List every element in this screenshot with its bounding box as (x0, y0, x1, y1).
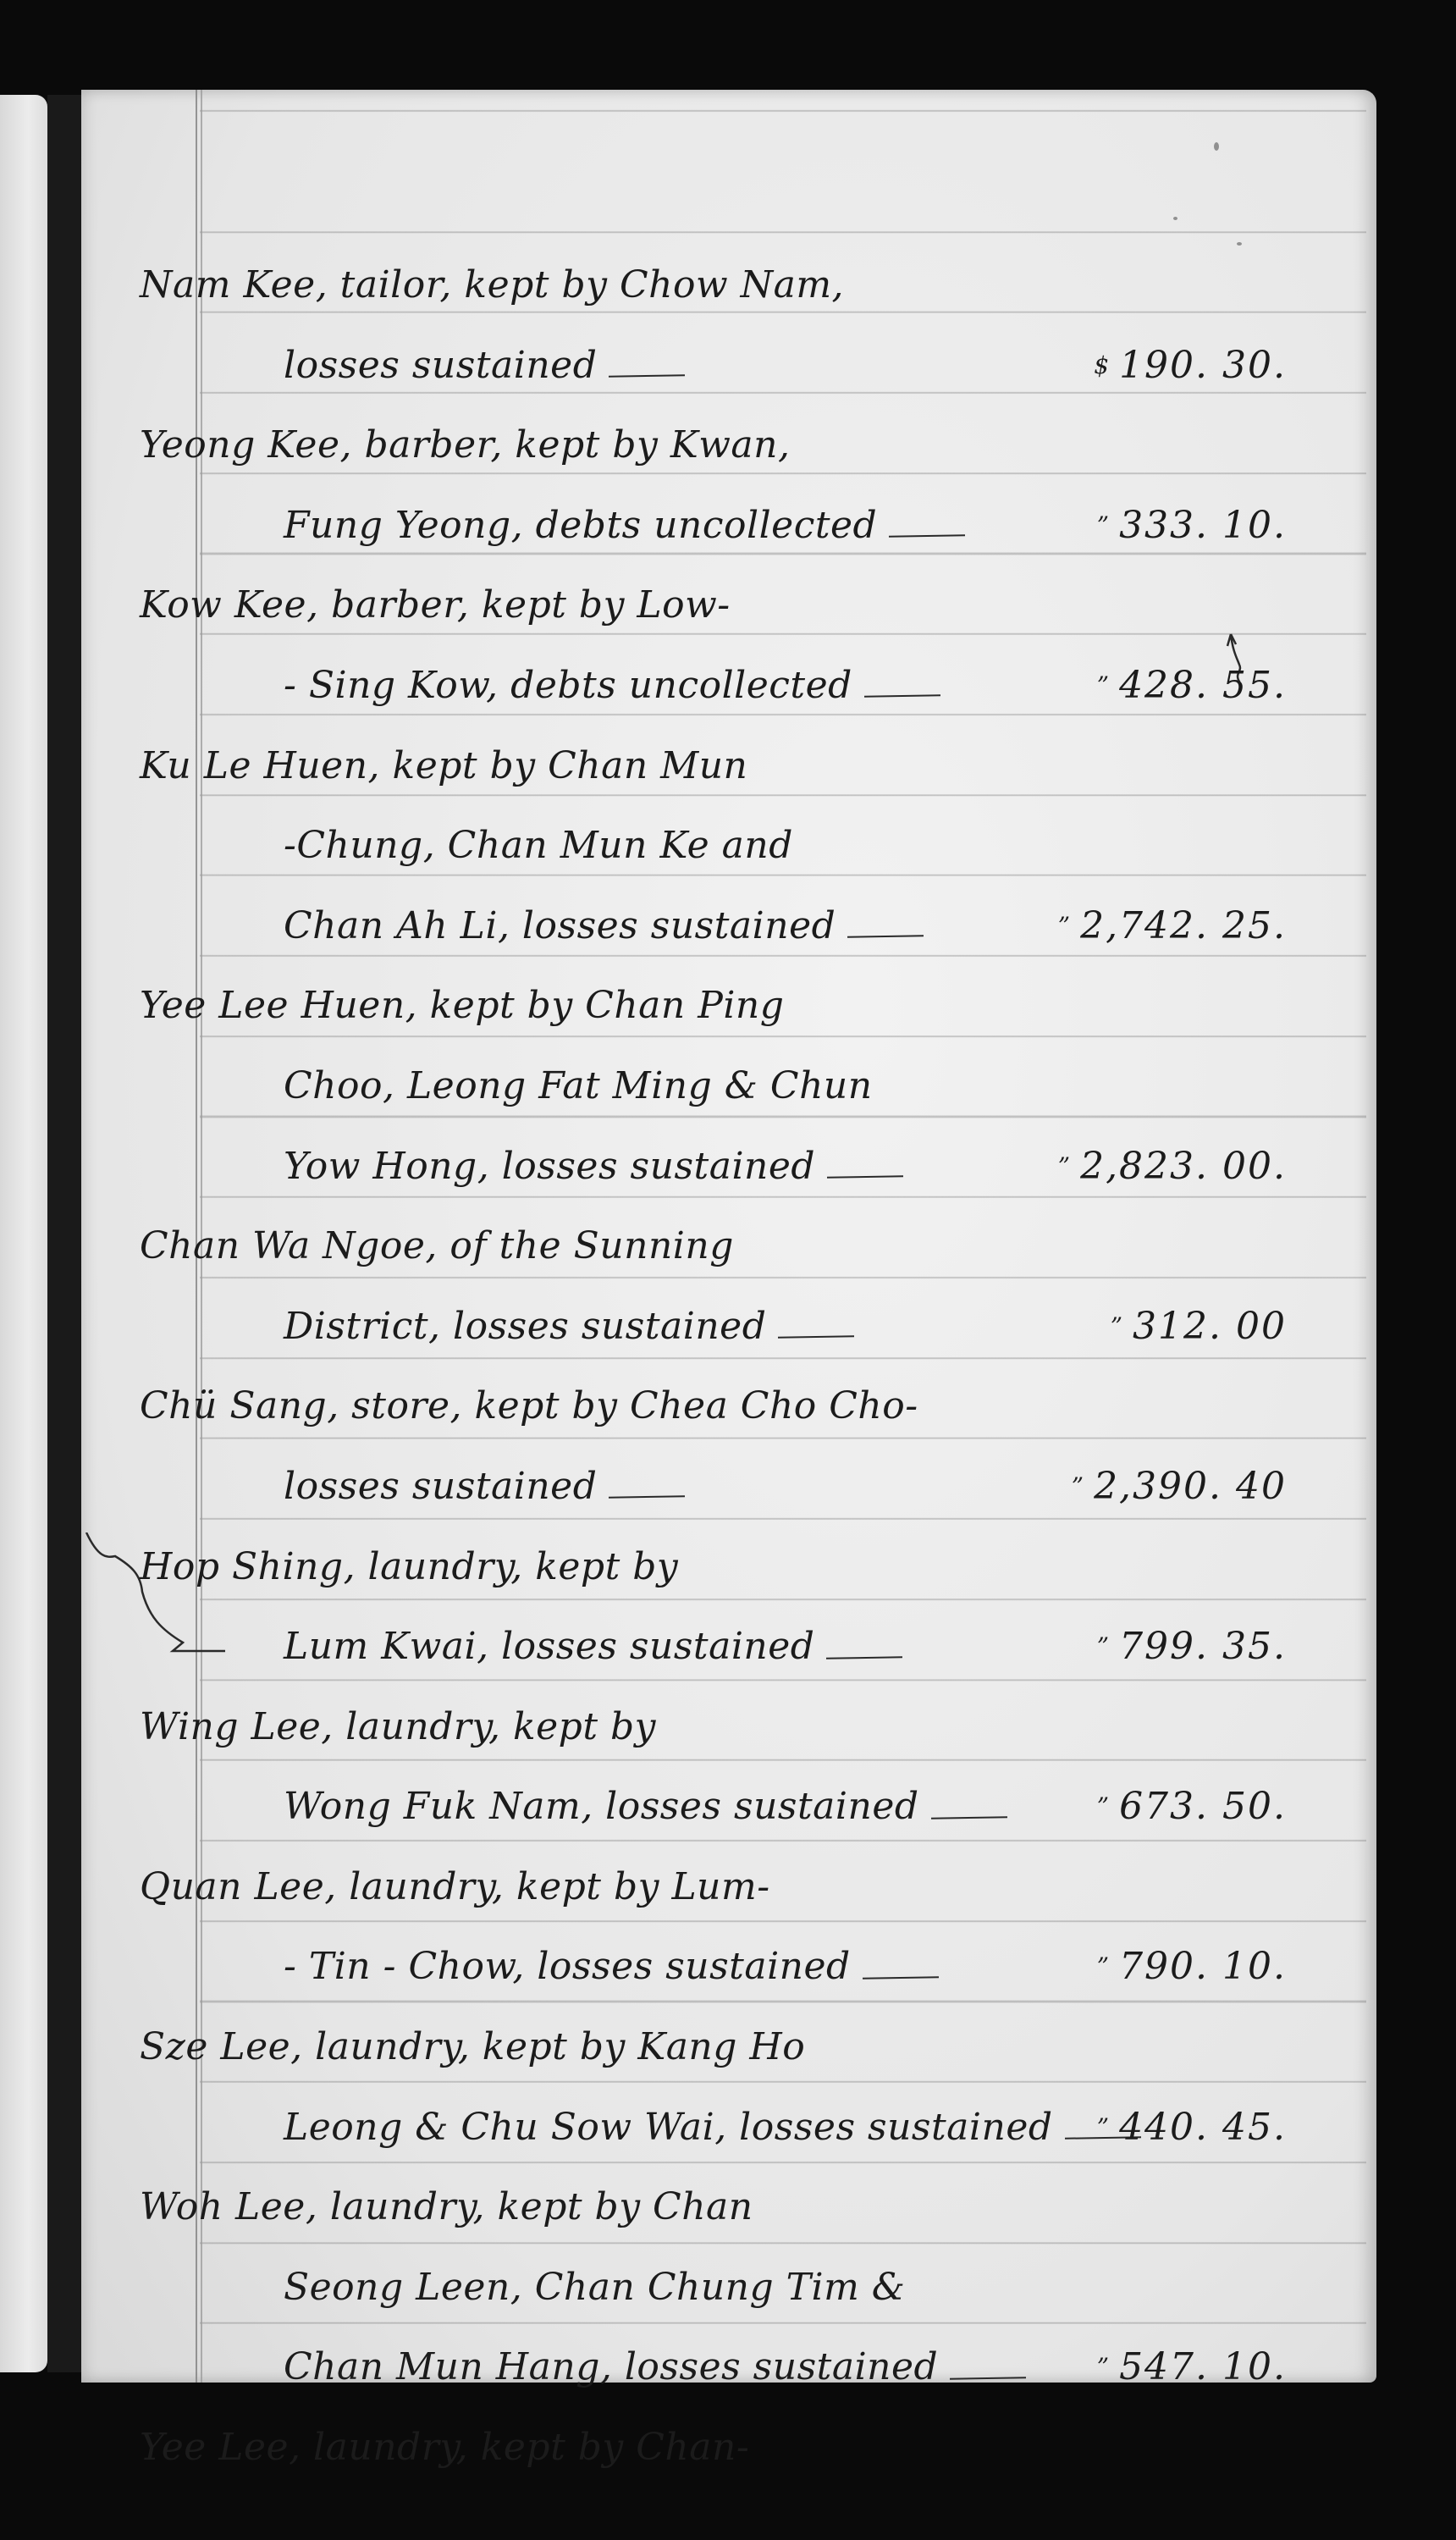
dash-leader (778, 1335, 854, 1339)
entry-text: Chan Mun Hang, losses sustained (284, 2327, 938, 2408)
ditto-mark: ” (1097, 1952, 1111, 1980)
ditto-mark: ” (1097, 1632, 1111, 1660)
entry-heading-line: Yee Lee, laundry, kept by Chan- (140, 2408, 1287, 2488)
ditto-mark: ” (1097, 2113, 1111, 2141)
ditto-mark: ” (1097, 511, 1111, 539)
ditto-mark: ” (1058, 1152, 1072, 1180)
dash-leader (931, 1816, 1007, 1819)
entry-text: Leong & Chu Sow Wai, losses sustained (284, 2088, 1053, 2168)
entry-heading-line: Quan Lee, laundry, kept by Lum- (140, 1847, 1287, 1928)
dash-leader (827, 1175, 903, 1179)
entry-continuation-line: District, losses sustained”312. 00 (140, 1287, 1287, 1367)
entry-text: Lum Kwai, losses sustained (284, 1607, 814, 1687)
ledger-entry: Ku Le Huen, kept by Chan Mun-Chung, Chan… (140, 726, 1287, 967)
entry-continuation-line: Chan Ah Li, losses sustained”2,742. 25. (140, 886, 1287, 967)
entry-text: Choo, Leong Fat Ming & Chun (284, 1046, 873, 1127)
entry-text: - Tin - Chow, losses sustained (284, 1927, 851, 2007)
ledger-entry: Sze Lee, laundry, kept by Kang HoLeong &… (140, 2007, 1287, 2167)
dash-leader (950, 2377, 1026, 2380)
entry-amount: ”673. 50. (1097, 1767, 1287, 1847)
paper-speck (1173, 217, 1177, 220)
amount-value: 2,390. 40 (1094, 1465, 1287, 1508)
ledger-entry: Chü Sang, store, kept by Chea Cho Cho-lo… (140, 1367, 1287, 1527)
entry-text: District, losses sustained (284, 1287, 766, 1367)
entry-amount: ”799. 35. (1097, 1607, 1287, 1687)
entry-text: -Chung, Chan Mun Ke and (284, 806, 793, 886)
book-gutter (47, 95, 81, 2372)
entry-heading-line: Wing Lee, laundry, kept by (140, 1687, 1287, 1768)
dash-leader (609, 1496, 685, 1499)
ledger-entry: Nam Kee, tailor, kept by Chow Nam,losses… (140, 246, 1287, 406)
ledger-entry: Kow Kee, barber, kept by Low-- Sing Kow,… (140, 566, 1287, 726)
entry-heading-line: Sze Lee, laundry, kept by Kang Ho (140, 2007, 1287, 2088)
ledger-entry: Yee Lee, laundry, kept by Chan- (140, 2408, 1287, 2488)
entry-heading-line: Chü Sang, store, kept by Chea Cho Cho- (140, 1367, 1287, 1447)
entry-text: Hop Shing, laundry, kept by (140, 1527, 678, 1608)
entry-heading-line: Ku Le Huen, kept by Chan Mun (140, 726, 1287, 807)
entry-continuation-line: Chan Mun Hang, losses sustained”547. 10. (140, 2327, 1287, 2408)
entry-text: Wing Lee, laundry, kept by (140, 1687, 656, 1768)
amount-value: 428. 55. (1119, 664, 1287, 707)
entry-text: Seong Leen, Chan Chung Tim & (284, 2248, 905, 2328)
entry-text: Kow Kee, barber, kept by Low- (140, 566, 731, 646)
entry-continuation-line: losses sustained”2,390. 40 (140, 1447, 1287, 1527)
entry-heading-line: Yee Lee Huen, kept by Chan Ping (140, 966, 1287, 1046)
entry-continuation-line: Wong Fuk Nam, losses sustained”673. 50. (140, 1767, 1287, 1847)
paper-speck (1214, 142, 1219, 151)
entry-amount: ”2,823. 00. (1058, 1127, 1287, 1207)
ledger-entry: Yee Lee Huen, kept by Chan PingChoo, Leo… (140, 966, 1287, 1206)
entry-amount: ”333. 10. (1097, 486, 1287, 566)
entry-text: Chü Sang, store, kept by Chea Cho Cho- (140, 1367, 918, 1447)
entry-text: Ku Le Huen, kept by Chan Mun (140, 726, 747, 807)
entry-amount: ”440. 45. (1097, 2088, 1287, 2168)
entry-text: Sze Lee, laundry, kept by Kang Ho (140, 2007, 805, 2088)
entry-text: Yow Hong, losses sustained (284, 1127, 815, 1207)
entry-text: Chan Ah Li, losses sustained (284, 886, 836, 967)
ditto-mark: ” (1058, 912, 1072, 940)
dash-leader (609, 374, 685, 378)
entry-text: Chan Wa Ngoe, of the Sunning (140, 1206, 734, 1287)
entry-amount: ”790. 10. (1097, 1927, 1287, 2007)
entry-continuation-line: Leong & Chu Sow Wai, losses sustained”44… (140, 2088, 1287, 2168)
amount-value: 440. 45. (1119, 2106, 1287, 2149)
entry-heading-line: Woh Lee, laundry, kept by Chan (140, 2167, 1287, 2248)
entry-amount: ”2,742. 25. (1058, 886, 1287, 967)
ditto-mark: ” (1097, 671, 1111, 699)
entry-continuation-line: losses sustained$190. 30. (140, 326, 1287, 406)
entry-text: - Sing Kow, debts uncollected (284, 646, 852, 726)
ledger-entry: Chan Wa Ngoe, of the SunningDistrict, lo… (140, 1206, 1287, 1367)
ditto-mark: ” (1097, 1792, 1111, 1820)
adjacent-page-edge (0, 95, 47, 2372)
entry-text: Fung Yeong, debts uncollected (284, 486, 877, 566)
entry-continuation-line: - Tin - Chow, losses sustained”790. 10. (140, 1927, 1287, 2007)
entry-heading-line: Nam Kee, tailor, kept by Chow Nam, (140, 246, 1287, 326)
entry-heading-line: Hop Shing, laundry, kept by (140, 1527, 1287, 1608)
ledger-entry: Wing Lee, laundry, kept byWong Fuk Nam, … (140, 1687, 1287, 1847)
entry-amount: ”547. 10. (1097, 2327, 1287, 2408)
dash-leader (863, 1976, 939, 1980)
entry-amount: ”428. 55. (1097, 646, 1287, 726)
entry-heading-line: Yeong Kee, barber, kept by Kwan, (140, 406, 1287, 486)
entry-text: Nam Kee, tailor, kept by Chow Nam, (140, 246, 844, 326)
ledger-entry: Hop Shing, laundry, kept byLum Kwai, los… (140, 1527, 1287, 1687)
dash-leader (864, 695, 940, 698)
entry-continuation-line: Seong Leen, Chan Chung Tim & (140, 2248, 1287, 2328)
ledger-entries: Nam Kee, tailor, kept by Chow Nam,losses… (140, 246, 1287, 2488)
entry-amount: $190. 30. (1094, 326, 1287, 406)
ledger-entry: Woh Lee, laundry, kept by ChanSeong Leen… (140, 2167, 1287, 2408)
dash-leader (847, 935, 924, 938)
amount-value: 190. 30. (1119, 344, 1287, 387)
ditto-mark: $ (1094, 351, 1111, 379)
entry-continuation-line: Lum Kwai, losses sustained”799. 35. (140, 1607, 1287, 1687)
amount-value: 790. 10. (1119, 1945, 1287, 1988)
entry-text: Wong Fuk Nam, losses sustained (284, 1767, 919, 1847)
entry-heading-line: Kow Kee, barber, kept by Low- (140, 566, 1287, 646)
entry-continuation-line: Choo, Leong Fat Ming & Chun (140, 1046, 1287, 1127)
ditto-mark: ” (1097, 2353, 1111, 2381)
entry-text: losses sustained (284, 326, 597, 406)
amount-value: 799. 35. (1119, 1625, 1287, 1668)
amount-value: 2,742. 25. (1080, 904, 1287, 947)
entry-continuation-line: - Sing Kow, debts uncollected”428. 55. (140, 646, 1287, 726)
entry-text: Yee Lee, laundry, kept by Chan- (140, 2408, 749, 2488)
ditto-mark: ” (1111, 1312, 1124, 1340)
entry-continuation-line: Fung Yeong, debts uncollected”333. 10. (140, 486, 1287, 566)
entry-continuation-line: -Chung, Chan Mun Ke and (140, 806, 1287, 886)
entry-text: Woh Lee, laundry, kept by Chan (140, 2167, 753, 2248)
amount-value: 312. 00 (1133, 1305, 1287, 1348)
amount-value: 547. 10. (1119, 2345, 1287, 2388)
amount-value: 333. 10. (1119, 504, 1287, 547)
entry-amount: ”2,390. 40 (1072, 1447, 1287, 1527)
ditto-mark: ” (1072, 1472, 1085, 1500)
amount-value: 673. 50. (1119, 1785, 1287, 1828)
entry-amount: ”312. 00 (1111, 1287, 1287, 1367)
ledger-entry: Yeong Kee, barber, kept by Kwan,Fung Yeo… (140, 406, 1287, 566)
dash-leader (889, 534, 965, 538)
entry-text: Yee Lee Huen, kept by Chan Ping (140, 966, 784, 1046)
entry-heading-line: Chan Wa Ngoe, of the Sunning (140, 1206, 1287, 1287)
entry-continuation-line: Yow Hong, losses sustained”2,823. 00. (140, 1127, 1287, 1207)
entry-text: losses sustained (284, 1447, 597, 1527)
entry-text: Quan Lee, laundry, kept by Lum- (140, 1847, 770, 1928)
dash-leader (826, 1656, 902, 1659)
ledger-entry: Quan Lee, laundry, kept by Lum-- Tin - C… (140, 1847, 1287, 2007)
entry-text: Yeong Kee, barber, kept by Kwan, (140, 406, 790, 486)
amount-value: 2,823. 00. (1080, 1145, 1287, 1188)
